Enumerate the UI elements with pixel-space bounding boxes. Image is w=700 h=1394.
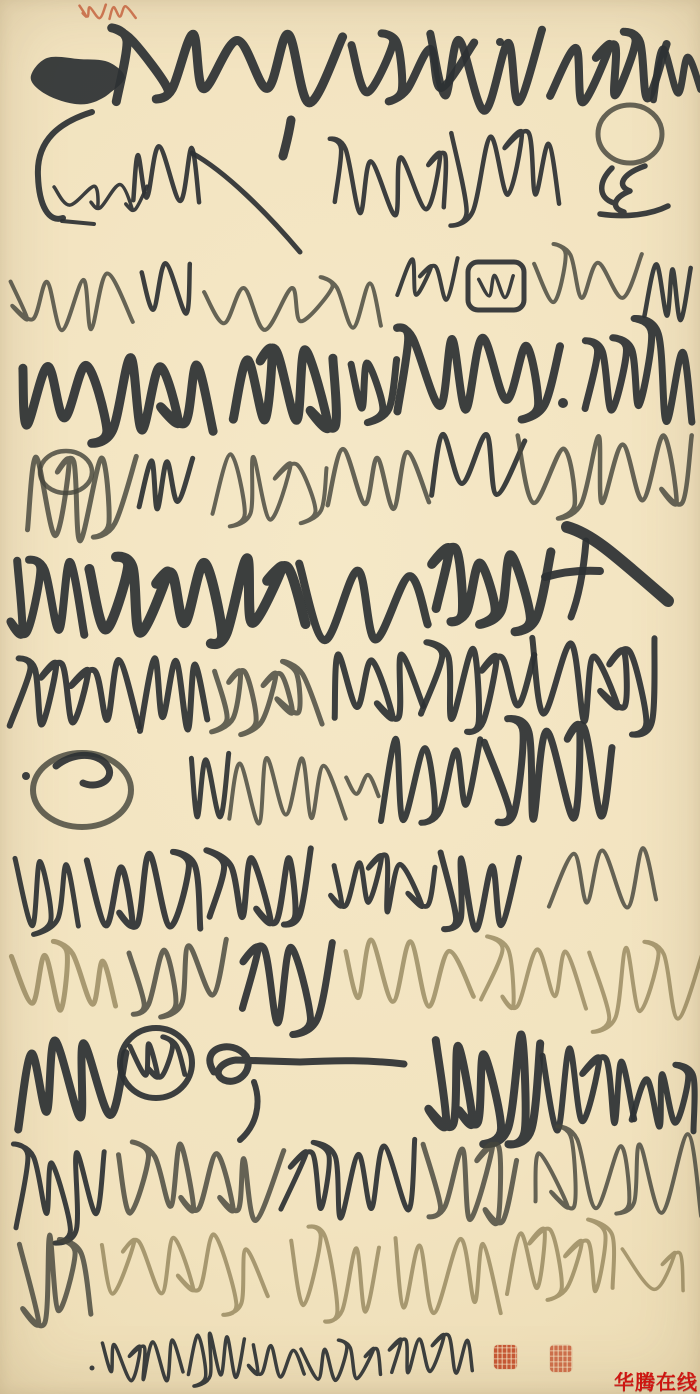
ink-stroke [598,105,662,163]
ink-stroke [397,258,457,300]
ink-stroke [481,936,586,1008]
ink-stroke [496,38,504,46]
ink-stroke [139,458,193,509]
ink-stroke [535,1126,700,1216]
ink-stroke [600,166,668,216]
ink-stroke [10,560,84,635]
ink-stroke [191,753,228,817]
ink-stroke [396,1238,501,1313]
ink-stroke [346,940,474,1007]
ink-stroke [229,758,345,824]
site-watermark: 华腾在线 [614,1372,698,1392]
ink-stroke [10,658,139,727]
ink-stroke [15,858,78,934]
ink-stroke [397,327,560,419]
ink-stroke [18,1040,125,1129]
ink-stroke [13,1144,104,1243]
ink-stroke [140,658,207,731]
ink-stroke [532,638,654,735]
ink-stroke [558,398,568,408]
ink-stroke [451,131,560,226]
ink-stroke [31,57,125,105]
ink-stroke [56,755,110,785]
ink-stroke [281,1139,415,1218]
ink-stroke [632,1065,695,1132]
ink-stroke [518,435,692,518]
ink-stroke [62,221,94,224]
ink-stroke [213,454,327,526]
ink-stroke [102,1234,268,1314]
ink-stroke [351,360,397,423]
ink-stroke [89,557,305,644]
ink-stroke [585,318,692,422]
ink-stroke [534,244,642,302]
ink-stroke [484,718,612,822]
ink-stroke [242,943,332,1035]
ink-stroke [430,30,542,111]
ink-stroke [543,1048,635,1130]
ink-stroke [589,942,700,1032]
ink-stroke [102,1340,183,1381]
ink-stroke [622,1249,683,1291]
ink-stroke [545,571,600,577]
ink-stroke [90,1366,95,1371]
ink-stroke [346,775,378,796]
calligraphy-strokes [0,0,700,1394]
ink-stroke [299,564,428,641]
ink-stroke [479,275,514,297]
ink-stroke [188,1333,244,1386]
ink-stroke [22,772,30,780]
ink-stroke [330,139,446,216]
ink-stroke [571,541,586,617]
ink-stroke [129,939,226,1017]
ink-stroke [432,547,551,631]
ink-stroke [233,348,336,429]
ink-stroke [381,739,480,823]
artist-seal-1 [494,1345,517,1369]
ink-stroke [248,1345,304,1377]
ink-stroke [291,1226,379,1321]
ink-stroke [432,434,525,495]
ink-stroke [110,6,136,19]
ink-stroke [328,449,429,509]
ink-stroke [468,262,524,310]
ink-stroke [550,32,667,103]
ink-stroke [130,1037,185,1077]
ink-stroke [331,855,435,912]
ink-stroke [549,848,656,907]
ink-stroke [204,277,381,330]
ink-stroke [423,1144,516,1224]
ink-stroke [507,1220,614,1300]
ink-stroke [19,1235,91,1326]
ink-stroke [112,28,343,103]
ink-stroke [240,1082,258,1140]
ink-stroke [23,358,213,444]
ink-stroke [212,661,323,734]
ink-stroke [283,120,291,156]
ink-stroke [33,753,131,827]
ink-stroke [11,941,115,1010]
ink-stroke [428,1034,540,1144]
ink-stroke [28,456,137,541]
ink-stroke [644,264,690,320]
ink-stroke [192,153,300,252]
ink-stroke [335,654,423,718]
calligraphy-scroll: 华腾在线 [0,0,700,1394]
ink-stroke [206,848,310,924]
ink-stroke [389,1334,472,1373]
ink-stroke [119,1142,284,1221]
ink-stroke [80,5,106,19]
artist-seal-2 [550,1345,572,1372]
ink-stroke [301,1340,381,1380]
ink-stroke [87,852,201,929]
ink-stroke [133,146,199,202]
ink-stroke [210,1047,404,1082]
ink-stroke [441,853,519,930]
ink-stroke [11,273,133,330]
ink-stroke [142,263,190,313]
